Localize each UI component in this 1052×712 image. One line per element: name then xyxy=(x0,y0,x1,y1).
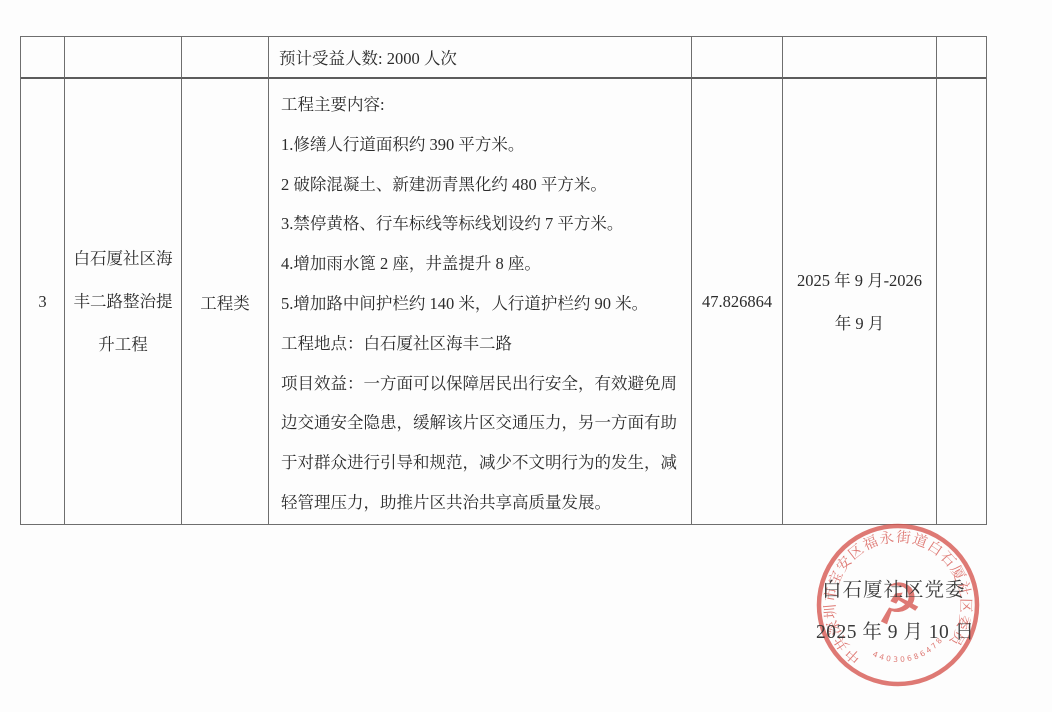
content-line: 2 破除混凝土、新建沥青黑化约 480 平方米。 xyxy=(281,165,679,205)
cont-amount-cell xyxy=(692,37,783,79)
content-line: 3.禁停黄格、行车标线等标线划设约 7 平方米。 xyxy=(281,204,679,244)
project-name-cell: 白石厦社区海丰二路整治提升工程 xyxy=(65,79,182,524)
content-line: 工程地点：白石厦社区海丰二路 xyxy=(281,324,679,364)
period-line1: 2025 年 9 月-2026 xyxy=(797,259,922,302)
project-name: 白石厦社区海丰二路整治提升工程 xyxy=(72,237,174,366)
cont-project-name-cell xyxy=(65,37,182,79)
content-line: 1.修缮人行道面积约 390 平方米。 xyxy=(281,125,679,165)
beneficiaries-text: 预计受益人数: 2000 人次 xyxy=(279,45,457,69)
signature-date: 2025 年 9 月 10 日 xyxy=(816,616,975,644)
period: 2025 年 9 月-2026 年 9 月 xyxy=(797,259,922,345)
amount: 47.826864 xyxy=(702,292,772,312)
cont-row-number-cell xyxy=(21,37,65,79)
content-line: 项目效益：一方面可以保障居民出行安全，有效避免周 xyxy=(281,364,679,404)
remark-cell xyxy=(937,79,986,524)
category-cell: 工程类 xyxy=(182,79,269,524)
cont-remark-cell xyxy=(937,37,986,79)
document-page: 预计受益人数: 2000 人次 3 白石厦社区海丰二路整治提升工程 工程类 工程… xyxy=(0,0,1052,712)
content-line: 轻管理压力，助推片区共治共享高质量发展。 xyxy=(281,483,679,523)
content-cell: 工程主要内容: 1.修缮人行道面积约 390 平方米。 2 破除混凝土、新建沥青… xyxy=(269,79,692,524)
content-line: 于对群众进行引导和规范，减少不文明行为的发生，减 xyxy=(281,443,679,483)
project-table: 预计受益人数: 2000 人次 3 白石厦社区海丰二路整治提升工程 工程类 工程… xyxy=(20,36,987,525)
row-number-cell: 3 xyxy=(21,79,65,524)
signature-org: 白石厦社区党委 xyxy=(822,574,966,602)
period-line2: 年 9 月 xyxy=(797,302,922,345)
row-number: 3 xyxy=(38,292,46,312)
period-cell: 2025 年 9 月-2026 年 9 月 xyxy=(783,79,937,524)
party-stamp: 中共深圳市宝安区福永街道白石厦社区委员会 4403068647860 ☭ xyxy=(806,516,990,694)
amount-cell: 47.826864 xyxy=(692,79,783,524)
cont-period-cell xyxy=(783,37,937,79)
content-line: 边交通安全隐患，缓解该片区交通压力，另一方面有助 xyxy=(281,403,679,443)
content-line: 5.增加路中间护栏约 140 米，人行道护栏约 90 米。 xyxy=(281,284,679,324)
content-line: 工程主要内容: xyxy=(281,85,679,125)
cont-category-cell xyxy=(182,37,269,79)
beneficiaries-cell: 预计受益人数: 2000 人次 xyxy=(269,37,692,79)
category: 工程类 xyxy=(200,290,250,314)
content-line: 4.增加雨水篦 2 座，井盖提升 8 座。 xyxy=(281,244,679,284)
